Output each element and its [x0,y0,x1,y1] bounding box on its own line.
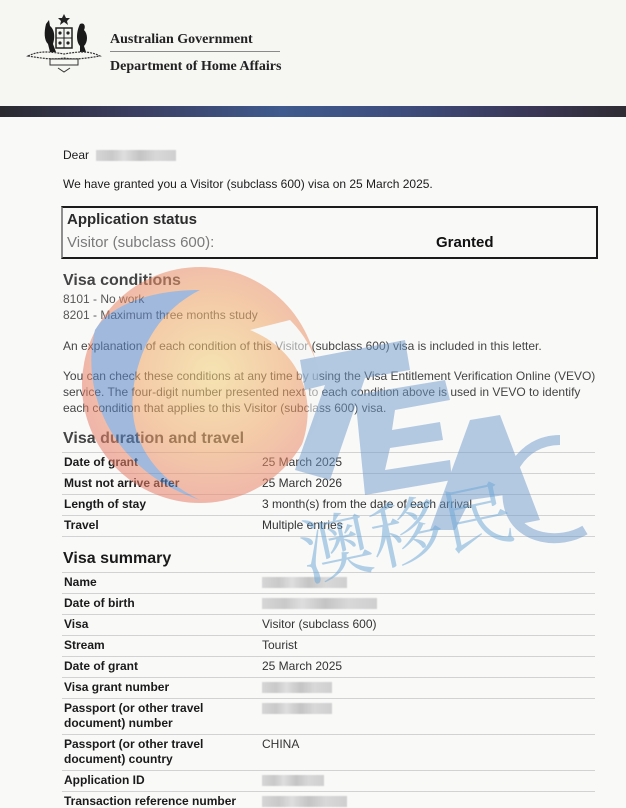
salutation-text: Dear [63,148,89,162]
redacted-value [262,682,332,693]
redacted-value [262,703,332,714]
row-label: Must not arrive after [62,474,262,494]
status-badge: Granted [436,234,494,251]
visa-conditions-title: Visa conditions [63,272,181,290]
grant-intro: We have granted you a Visitor (subclass … [63,177,433,191]
coat-of-arms-icon [22,12,106,76]
row-value: Tourist [262,636,595,656]
table-row: Length of stay3 month(s) from the date o… [62,494,595,515]
table-row: TravelMultiple entries [62,515,595,537]
table-row: Name [62,572,595,593]
table-row: StreamTourist [62,635,595,656]
redacted-value [262,796,347,807]
row-label: Passport (or other travel document) coun… [62,735,214,770]
row-value [262,771,595,791]
conditions-explanation: An explanation of each condition of this… [63,338,603,354]
redacted-value [262,577,347,588]
row-label: Passport (or other travel document) numb… [62,699,214,734]
row-value: Visitor (subclass 600) [262,615,595,635]
department-name: Department of Home Affairs [110,59,281,75]
row-value [262,792,595,808]
table-row: Date of grant25 March 2025 [62,452,595,473]
table-row: Date of birth [62,593,595,614]
table-row: Passport (or other travel document) coun… [62,734,595,770]
vevo-note: You can check these conditions at any ti… [63,368,603,416]
row-label: Stream [62,636,262,656]
condition-item: 8101 - No work [63,292,144,306]
visa-summary-table: NameDate of birthVisaVisitor (subclass 6… [62,572,595,808]
row-value: 3 month(s) from the date of each arrival [262,495,595,515]
visa-duration-title: Visa duration and travel [63,430,244,448]
row-value [262,678,595,698]
header-band [0,106,626,117]
row-label: Visa grant number [62,678,262,698]
visa-summary-title: Visa summary [63,550,171,568]
condition-item: 8201 - Maximum three months study [63,308,258,322]
row-label: Application ID [62,771,262,791]
row-value: CHINA [262,735,595,770]
table-row: Application ID [62,770,595,791]
row-value [262,573,595,593]
table-row: VisaVisitor (subclass 600) [62,614,595,635]
row-label: Length of stay [62,495,262,515]
letterhead: Australian Government Department of Home… [0,0,626,104]
application-status-title: Application status [67,211,197,228]
row-value: Multiple entries [262,516,595,536]
row-label: Transaction reference number [62,792,262,808]
row-value: 25 March 2025 [262,657,595,677]
visa-duration-table: Date of grant25 March 2025Must not arriv… [62,452,595,537]
row-label: Travel [62,516,262,536]
table-row: Date of grant25 March 2025 [62,656,595,677]
row-label: Date of grant [62,453,262,473]
table-row: Transaction reference number [62,791,595,808]
table-row: Passport (or other travel document) numb… [62,698,595,734]
letterhead-divider [110,51,280,52]
row-label: Name [62,573,262,593]
row-value [262,699,595,734]
row-label: Date of birth [62,594,262,614]
redacted-value [262,598,377,609]
row-value [262,594,595,614]
salutation: Dear [63,148,176,162]
redacted-value [262,775,324,786]
redacted-name [96,150,176,161]
row-value: 25 March 2026 [262,474,595,494]
government-name: Australian Government [110,32,253,48]
row-label: Visa [62,615,262,635]
table-row: Must not arrive after25 March 2026 [62,473,595,494]
row-label: Date of grant [62,657,262,677]
application-status-box: Application status Visitor (subclass 600… [61,206,598,259]
application-status-label: Visitor (subclass 600): [67,234,214,251]
table-row: Visa grant number [62,677,595,698]
row-value: 25 March 2025 [262,453,595,473]
